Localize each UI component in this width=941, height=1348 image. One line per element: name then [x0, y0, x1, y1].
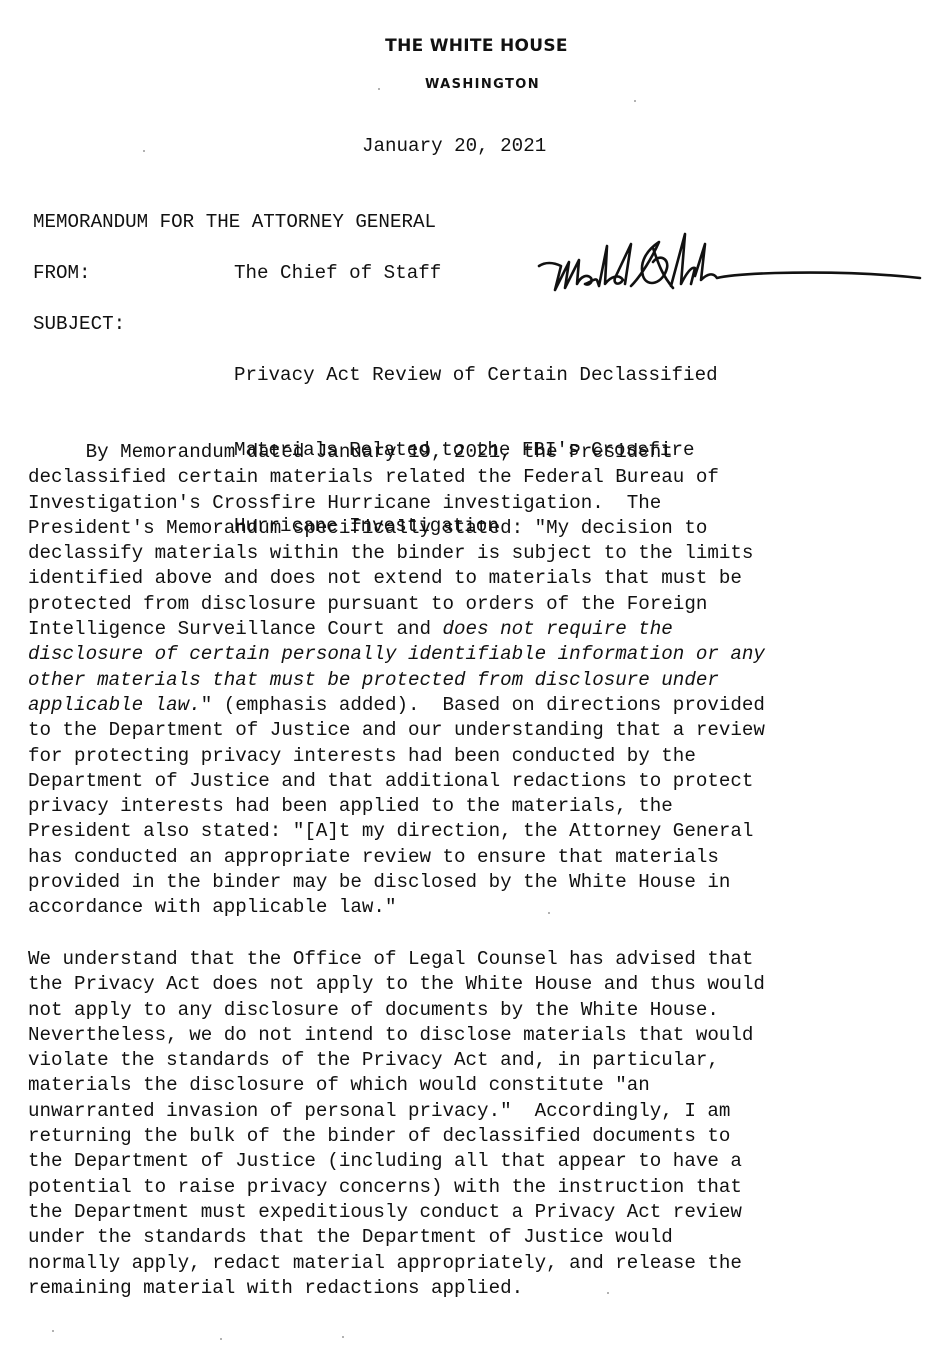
scan-speck: [143, 150, 145, 152]
body-text: the Privacy Act does not apply to the Wh…: [28, 973, 765, 995]
body-text: to the Department of Justice and our und…: [28, 719, 765, 741]
body-line: to the Department of Justice and our und…: [28, 718, 928, 743]
scan-speck: [378, 88, 380, 90]
body-text: Intelligence Surveillance Court and: [28, 618, 443, 640]
emphasized-text: disclosure of certain personally identif…: [28, 643, 765, 665]
body-line: unwarranted invasion of personal privacy…: [28, 1099, 928, 1124]
body-line: declassify materials within the binder i…: [28, 541, 928, 566]
body-line: provided in the binder may be disclosed …: [28, 870, 928, 895]
body-line: privacy interests had been applied to th…: [28, 794, 928, 819]
body-line: the Privacy Act does not apply to the Wh…: [28, 972, 928, 997]
body-line: Intelligence Surveillance Court and does…: [28, 617, 928, 642]
body-text: President's Memorandum specifically stat…: [28, 517, 707, 539]
body-text: accordance with applicable law.": [28, 896, 396, 918]
body-text: We understand that the Office of Legal C…: [28, 948, 753, 970]
body-text: the Department of Justice (including all…: [28, 1150, 742, 1172]
subject-line: Privacy Act Review of Certain Declassifi…: [234, 363, 718, 388]
body-line: applicable law." (emphasis added). Based…: [28, 693, 928, 718]
body-text: declassified certain materials related t…: [28, 466, 719, 488]
body-line: remaining material with redactions appli…: [28, 1276, 928, 1301]
body-line: Department of Justice and that additiona…: [28, 769, 928, 794]
body-text: materials the disclosure of which would …: [28, 1074, 650, 1096]
body-text: Investigation's Crossfire Hurricane inve…: [28, 492, 661, 514]
letterhead-title: THE WHITE HOUSE: [0, 36, 941, 56]
body-paragraph-1: By Memorandum dated January 19, 2021, th…: [28, 440, 928, 921]
body-paragraph-2: We understand that the Office of Legal C…: [28, 947, 928, 1301]
body-line: under the standards that the Department …: [28, 1225, 928, 1250]
scan-speck: [52, 1330, 54, 1332]
body-line: identified above and does not extend to …: [28, 566, 928, 591]
memorandum-for: MEMORANDUM FOR THE ATTORNEY GENERAL: [33, 210, 56, 261]
body-text: protected from disclosure pursuant to or…: [28, 593, 707, 615]
subject-row: SUBJECT: Privacy Act Review of Certain D…: [33, 312, 56, 388]
body-line: violate the standards of the Privacy Act…: [28, 1048, 928, 1073]
memo-date: January 20, 2021: [362, 134, 546, 159]
body-text: potential to raise privacy concerns) wit…: [28, 1176, 742, 1198]
body-text: under the standards that the Department …: [28, 1226, 673, 1248]
body-line: protected from disclosure pursuant to or…: [28, 592, 928, 617]
body-text: Nevertheless, we do not intend to disclo…: [28, 1024, 753, 1046]
body-text: remaining material with redactions appli…: [28, 1277, 523, 1299]
body-line: for protecting privacy interests had bee…: [28, 744, 928, 769]
emphasized-text: applicable law.: [28, 694, 201, 716]
scan-speck: [634, 100, 636, 102]
body-line: Investigation's Crossfire Hurricane inve…: [28, 491, 928, 516]
body-line: the Department of Justice (including all…: [28, 1149, 928, 1174]
body-text: violate the standards of the Privacy Act…: [28, 1049, 719, 1071]
body-text: President also stated: "[A]t my directio…: [28, 820, 753, 842]
body-line: We understand that the Office of Legal C…: [28, 947, 928, 972]
body-line: declassified certain materials related t…: [28, 465, 928, 490]
body-text: Department of Justice and that additiona…: [28, 770, 753, 792]
body-line: By Memorandum dated January 19, 2021, th…: [28, 440, 928, 465]
emphasized-text: other materials that must be protected f…: [28, 669, 719, 691]
body-text: declassify materials within the binder i…: [28, 542, 753, 564]
body-line: Nevertheless, we do not intend to disclo…: [28, 1023, 928, 1048]
body-line: has conducted an appropriate review to e…: [28, 845, 928, 870]
body-text: By Memorandum dated January 19, 2021, th…: [28, 441, 673, 463]
scan-speck: [607, 1292, 609, 1294]
from-label: FROM:: [33, 261, 91, 286]
body-text: provided in the binder may be disclosed …: [28, 871, 730, 893]
body-text: not apply to any disclosure of documents…: [28, 999, 719, 1021]
body-line: accordance with applicable law.": [28, 895, 928, 920]
body-text: for protecting privacy interests had bee…: [28, 745, 696, 767]
body-text: unwarranted invasion of personal privacy…: [28, 1100, 730, 1122]
body-line: President's Memorandum specifically stat…: [28, 516, 928, 541]
letterhead-city: WASHINGTON: [0, 77, 941, 92]
from-value: The Chief of Staff: [234, 261, 441, 286]
body-text: " (emphasis added). Based on directions …: [201, 694, 765, 716]
scan-speck: [220, 1338, 222, 1340]
emphasized-text: does not require the: [443, 618, 673, 640]
body-text: privacy interests had been applied to th…: [28, 795, 673, 817]
body-line: returning the bulk of the binder of decl…: [28, 1124, 928, 1149]
body-line: disclosure of certain personally identif…: [28, 642, 928, 667]
signature-icon: [535, 226, 930, 294]
body-text: normally apply, redact material appropri…: [28, 1252, 742, 1274]
body-line: potential to raise privacy concerns) wit…: [28, 1175, 928, 1200]
body-line: materials the disclosure of which would …: [28, 1073, 928, 1098]
body-text: returning the bulk of the binder of decl…: [28, 1125, 730, 1147]
scan-speck: [342, 1336, 344, 1338]
body-text: the Department must expeditiously conduc…: [28, 1201, 742, 1223]
body-text: identified above and does not extend to …: [28, 567, 742, 589]
body-line: not apply to any disclosure of documents…: [28, 998, 928, 1023]
body-line: other materials that must be protected f…: [28, 668, 928, 693]
body-text: has conducted an appropriate review to e…: [28, 846, 719, 868]
memorandum-for-text: MEMORANDUM FOR THE ATTORNEY GENERAL: [33, 210, 436, 235]
subject-label: SUBJECT:: [33, 312, 125, 337]
body-line: President also stated: "[A]t my directio…: [28, 819, 928, 844]
body-line: normally apply, redact material appropri…: [28, 1251, 928, 1276]
scan-speck: [548, 912, 550, 914]
body-line: the Department must expeditiously conduc…: [28, 1200, 928, 1225]
